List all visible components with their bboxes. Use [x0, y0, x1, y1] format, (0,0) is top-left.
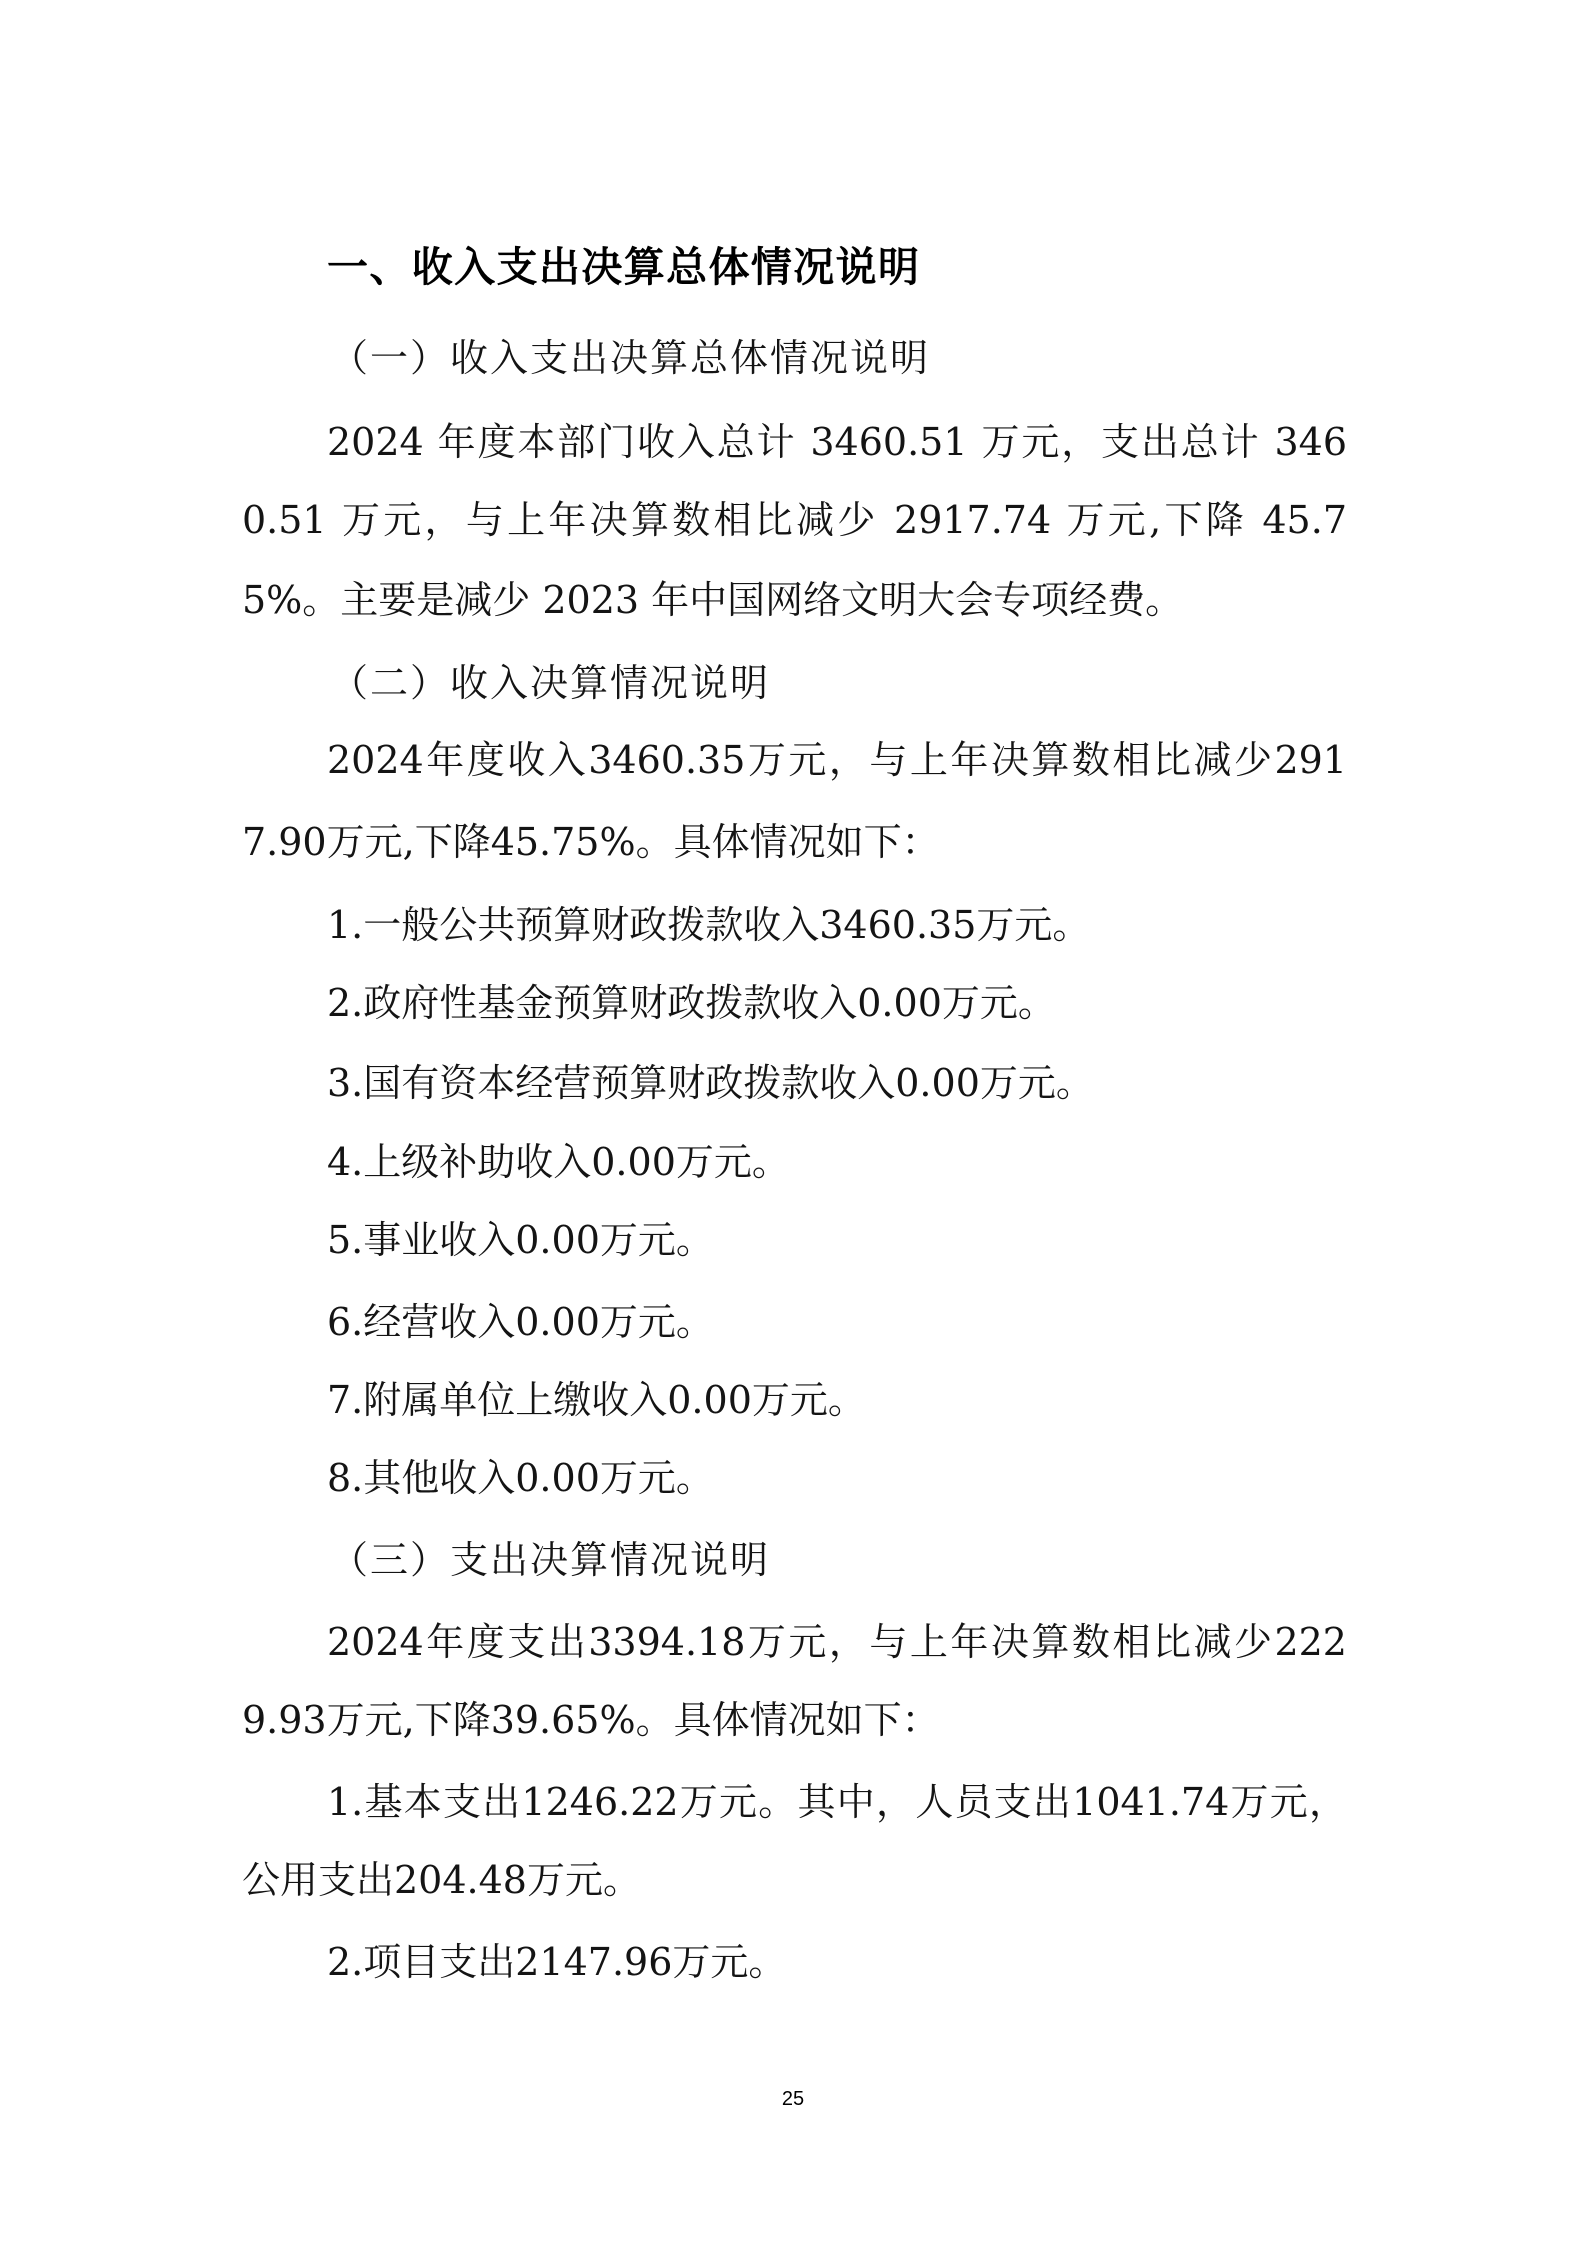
income-item-7: 7.附属单位上缴收入0.00万元。: [327, 1370, 1347, 1430]
income-item-5: 5.事业收入0.00万元。: [327, 1210, 1347, 1270]
expense-item-1-continued: 公用支出204.48万元。: [242, 1850, 1347, 1910]
paragraph-line: 9.93万元,下降39.65%。具体情况如下：: [242, 1690, 1347, 1750]
subsection-title-3: （三）支出决算情况说明: [330, 1530, 890, 1590]
income-item-2: 2.政府性基金预算财政拨款收入0.00万元。: [327, 973, 1347, 1033]
expense-item-2: 2.项目支出2147.96万元。: [327, 1932, 1347, 1992]
paragraph-line: 0.51 万元，与上年决算数相比减少 2917.74 万元,下降 45.7: [242, 490, 1347, 550]
expense-item-1: 1.基本支出1246.22万元。其中，人员支出1041.74万元，: [327, 1772, 1347, 1832]
document-page: 一、收入支出决算总体情况说明 （一）收入支出决算总体情况说明 2024 年度本部…: [0, 0, 1587, 2245]
paragraph-line: 5%。主要是减少 2023 年中国网络文明大会专项经费。: [242, 570, 1347, 630]
subsection-title-1: （一）收入支出决算总体情况说明: [330, 328, 970, 388]
income-item-1: 1.一般公共预算财政拨款收入3460.35万元。: [327, 895, 1347, 955]
paragraph-line: 7.90万元,下降45.75%。具体情况如下：: [242, 812, 1347, 872]
income-item-3: 3.国有资本经营预算财政拨款收入0.00万元。: [327, 1053, 1347, 1113]
paragraph-line: 2024年度收入3460.35万元，与上年决算数相比减少291: [327, 730, 1347, 790]
subsection-title-2: （二）收入决算情况说明: [330, 653, 890, 713]
paragraph-line: 2024 年度本部门收入总计 3460.51 万元，支出总计 346: [327, 412, 1347, 472]
income-item-4: 4.上级补助收入0.00万元。: [327, 1132, 1347, 1192]
income-item-8: 8.其他收入0.00万元。: [327, 1448, 1347, 1508]
income-item-6: 6.经营收入0.00万元。: [327, 1292, 1347, 1352]
section-heading: 一、收入支出决算总体情况说明: [327, 237, 919, 297]
page-number: 25: [743, 2085, 843, 2113]
paragraph-line: 2024年度支出3394.18万元，与上年决算数相比减少222: [327, 1612, 1347, 1672]
